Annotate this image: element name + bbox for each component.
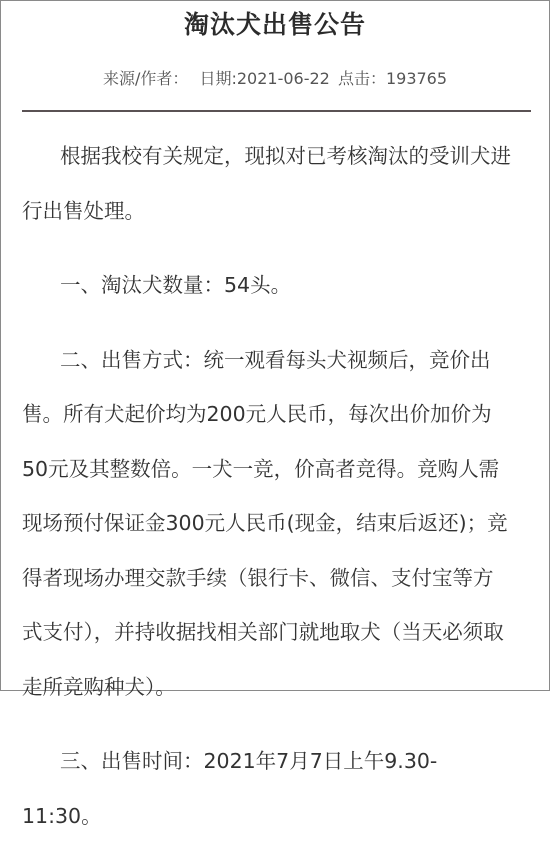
paragraph-intro: 根据我校有关规定，现拟对已考核淘汰的受训犬进行出售处理。: [22, 129, 512, 238]
article-container: 淘汰犬出售公告 来源/作者： 日期:2021-06-22 点击：193765 根…: [0, 0, 550, 691]
clicks-label: 点击：: [338, 69, 386, 88]
paragraph-quantity: 一、淘汰犬数量：54头。: [22, 258, 512, 313]
clicks-info: 点击：193765: [338, 69, 447, 88]
clicks-value: 193765: [386, 69, 447, 88]
header-divider: [22, 110, 531, 112]
article-title: 淘汰犬出售公告: [1, 7, 549, 43]
paragraph-sale-method: 二、出售方式：统一观看每头犬视频后，竞价出售。所有犬起价均为200元人民币，每次…: [22, 333, 512, 692]
article-body: 根据我校有关规定，现拟对已考核淘汰的受训犬进行出售处理。 一、淘汰犬数量：54头…: [22, 129, 512, 691]
date-info: 日期:2021-06-22: [199, 69, 329, 88]
date-value: 2021-06-22: [237, 69, 330, 88]
date-label: 日期:: [199, 69, 236, 88]
source-label: 来源/作者：: [103, 69, 188, 88]
article-meta: 来源/作者： 日期:2021-06-22 点击：193765: [1, 67, 549, 91]
